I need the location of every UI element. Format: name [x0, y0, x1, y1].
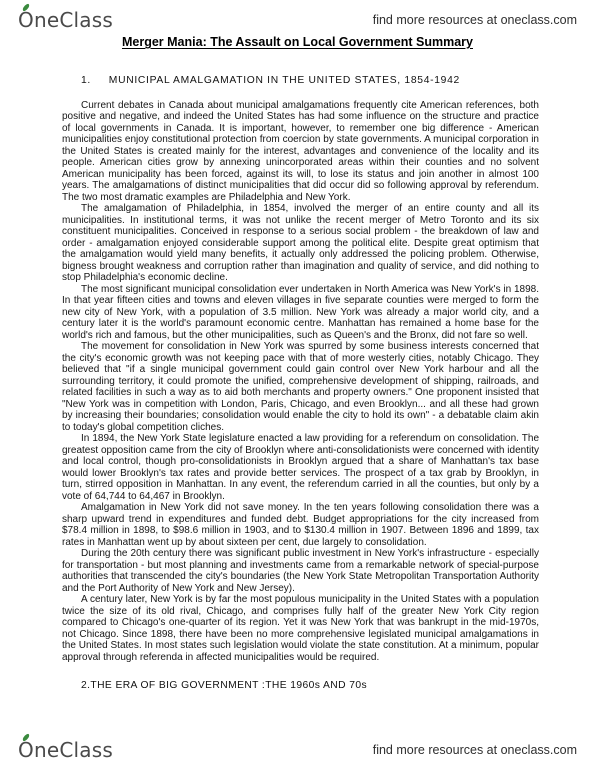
paragraph: The amalgamation of Philadelphia, in 185… — [62, 203, 539, 284]
paragraph: Current debates in Canada about municipa… — [62, 100, 539, 204]
logo-text: OneClass — [18, 8, 113, 32]
paragraph: The most significant municipal consolida… — [62, 284, 539, 342]
header: OneClass find more resources at oneclass… — [0, 0, 595, 32]
paragraph: The movement for consolidation in New Yo… — [62, 341, 539, 433]
find-resources-link[interactable]: find more resources at oneclass.com — [373, 13, 577, 27]
oneclass-logo[interactable]: OneClass — [18, 738, 113, 762]
paragraph: In 1894, the New York State legislature … — [62, 433, 539, 502]
document-body: 1. MUNICIPAL AMALGAMATION IN THE UNITED … — [62, 75, 539, 692]
logo-text: OneClass — [18, 738, 113, 762]
document-page: OneClass find more resources at oneclass… — [0, 0, 595, 770]
paragraph: A century later, New York is by far the … — [62, 594, 539, 663]
paragraph: Amalgamation in New York did not save mo… — [62, 502, 539, 548]
page-title: Merger Mania: The Assault on Local Gover… — [0, 35, 595, 49]
footer: OneClass find more resources at oneclass… — [0, 738, 595, 762]
section-heading-2: 2.THE ERA OF BIG GOVERNMENT :THE 1960s A… — [62, 680, 539, 692]
paragraph: During the 20th century there was signif… — [62, 548, 539, 594]
find-resources-link[interactable]: find more resources at oneclass.com — [373, 743, 577, 757]
oneclass-logo[interactable]: OneClass — [18, 8, 113, 32]
section-heading-1: 1. MUNICIPAL AMALGAMATION IN THE UNITED … — [62, 75, 539, 87]
